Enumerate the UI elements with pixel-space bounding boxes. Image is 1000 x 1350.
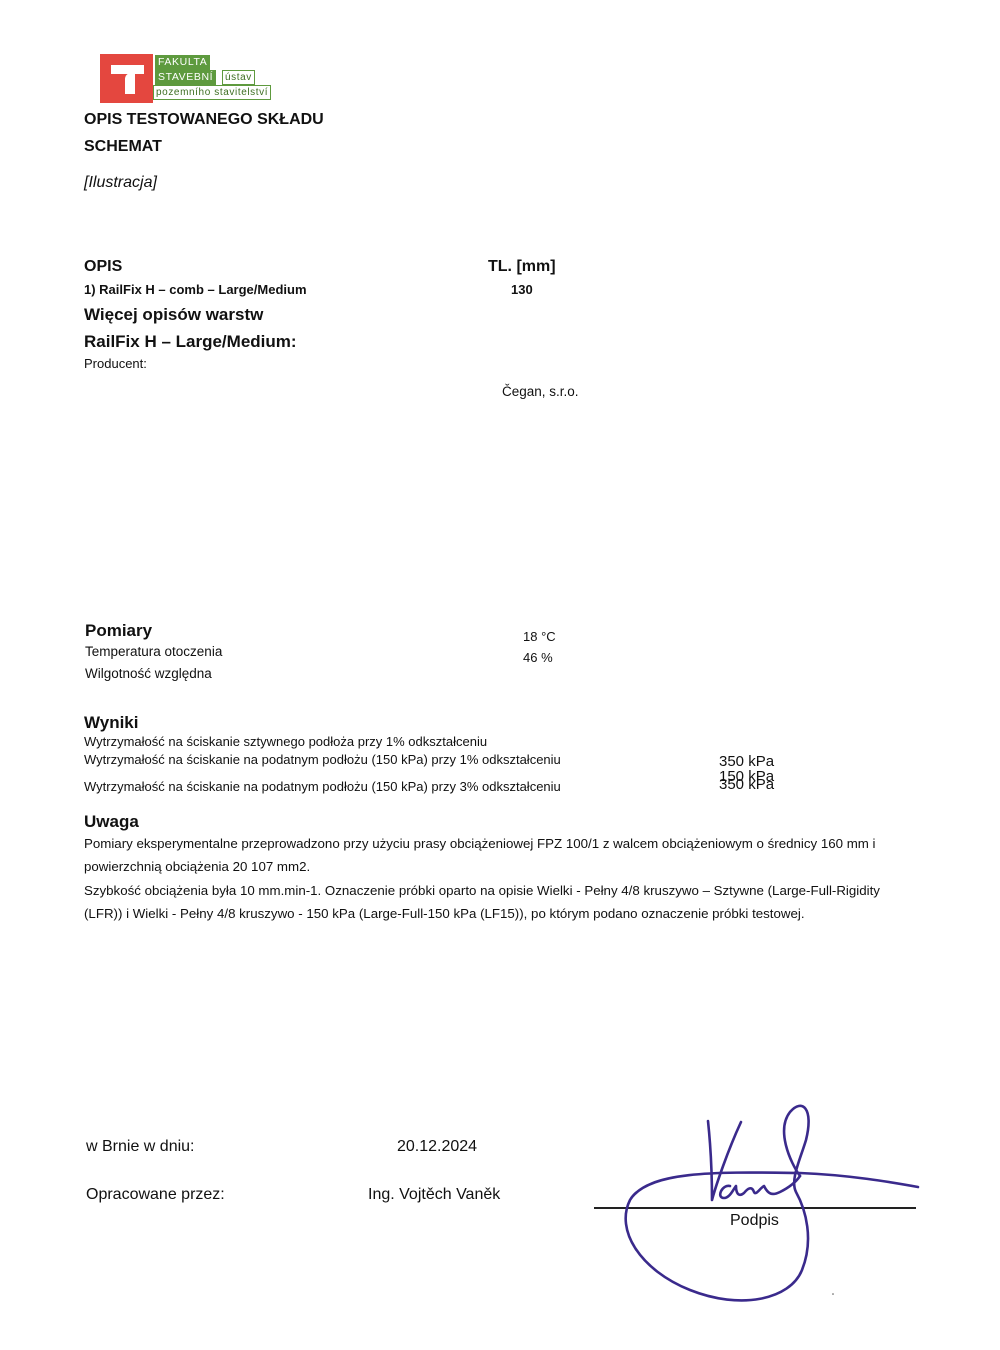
handwritten-signature-icon [0, 0, 1000, 1350]
